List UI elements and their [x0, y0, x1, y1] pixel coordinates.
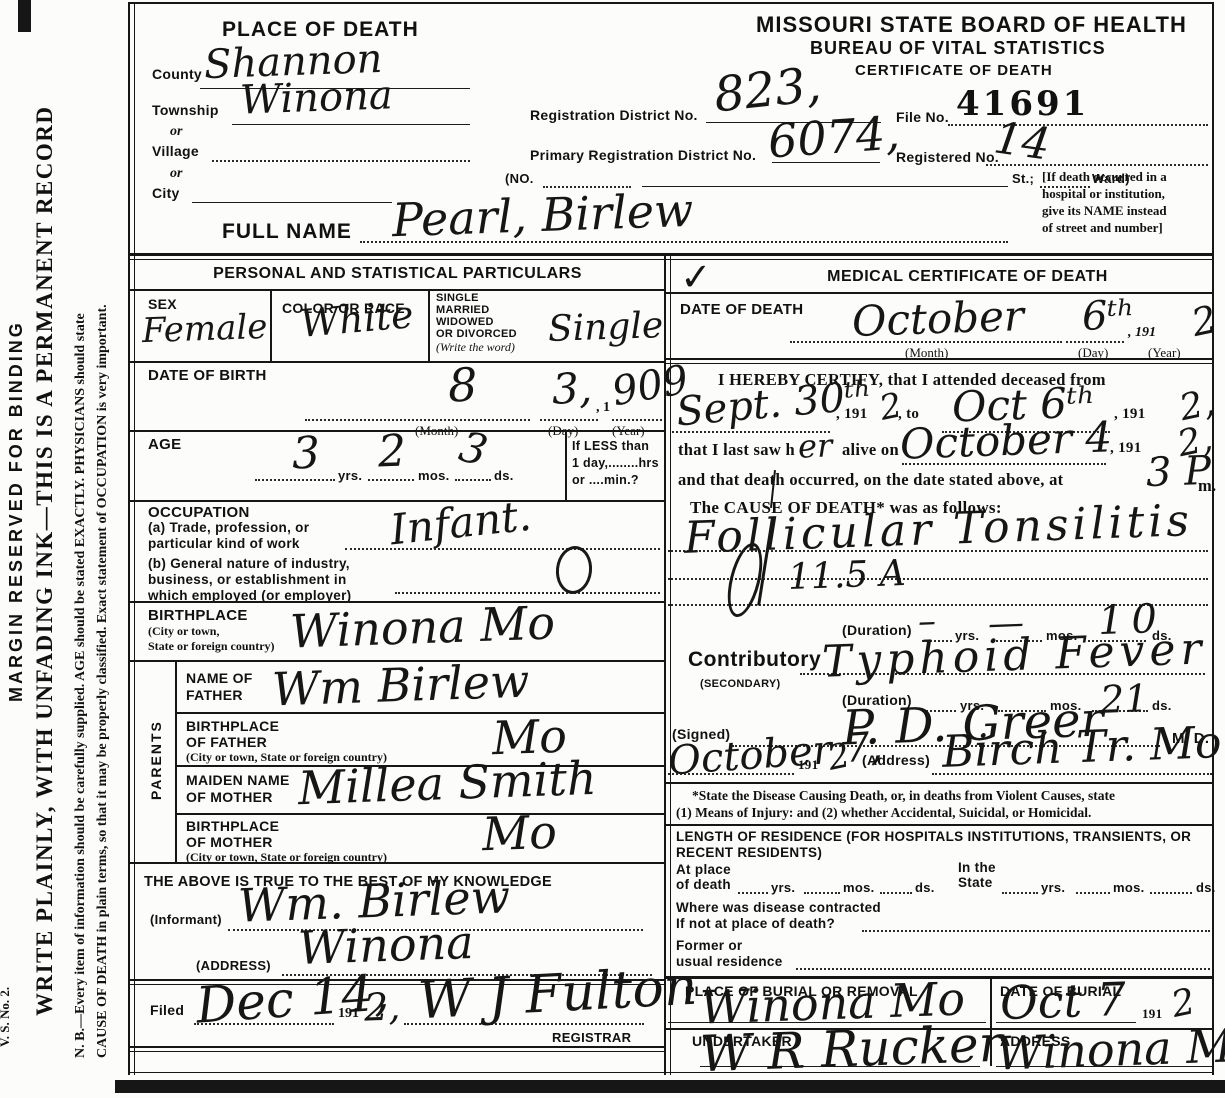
res-state-ds-caption: ds. — [1196, 880, 1216, 895]
township-value: Winona — [239, 75, 393, 120]
filed-year-prefix: 191 — [338, 1006, 359, 1022]
dob-year-prefix: , 1 — [596, 400, 610, 416]
form-number: V. S. No. 2. — [0, 987, 13, 1047]
death-time-m: m. — [1198, 476, 1216, 496]
age-row-rule — [128, 500, 665, 502]
or-label-2: or — [170, 166, 182, 182]
registration-district-label: Registration District No. — [530, 107, 698, 123]
burial-year-value: 2 — [1169, 984, 1199, 1024]
street-no-label: (NO. — [505, 171, 534, 186]
bureau-title: BUREAU OF VITAL STATISTICS — [810, 38, 1106, 59]
marital-label-line: SINGLE — [436, 292, 517, 304]
res-state-mos-caption: mos. — [1113, 880, 1145, 895]
margin-permanent-record-note: WRITE PLAINLY, WITH UNFADING INK—THIS IS… — [32, 106, 58, 1017]
parents-section-label: PARENTS — [148, 720, 164, 800]
township-label: Township — [152, 102, 219, 118]
mother-birthplace-label: BIRTHPLACE OF MOTHER — [186, 818, 279, 850]
hospital-note-line: of street and number] — [1042, 219, 1167, 236]
last-saw-pre: that I last saw h — [678, 440, 795, 460]
at-place-line: of death — [676, 877, 731, 892]
age-yrs-caption: yrs. — [338, 468, 362, 483]
age-ifless-divider — [565, 432, 567, 500]
sex-color-divider — [270, 289, 272, 361]
residence-title: LENGTH OF RESIDENCE (FOR HOSPITALS INSTI… — [676, 829, 1191, 861]
occupation-b-label: (b) General nature of industry, business… — [148, 556, 351, 604]
county-label: County — [152, 66, 202, 82]
if-less-line: 1 day,........hrs — [572, 455, 659, 472]
sign-address-label: (Address) — [862, 752, 930, 768]
in-state-label: In the State — [958, 860, 996, 890]
res-state-ds-line — [1150, 892, 1192, 894]
secondary-label: (SECONDARY) — [700, 678, 781, 690]
primary-registration-label: Primary Registration District No. — [530, 147, 756, 163]
undertaker-address-line — [996, 1066, 1212, 1067]
street-line — [642, 186, 1008, 187]
city-line — [192, 202, 392, 203]
in-state-line: In the — [958, 860, 996, 875]
mother-maiden-value: Millea Smith — [297, 755, 597, 811]
from-year-prefix: , 191 — [836, 406, 868, 423]
marital-label-line: WIDOWED — [436, 316, 517, 328]
last-saw-gender: er — [797, 429, 832, 462]
date-of-death-label: DATE OF DEATH — [680, 301, 803, 318]
marital-label-line: MARRIED — [436, 304, 517, 316]
dod-row-rule-inner — [666, 363, 1214, 364]
header-divider — [128, 253, 1214, 256]
father-name-label-line: FATHER — [186, 687, 253, 704]
date-of-birth-label: DATE OF BIRTH — [148, 367, 267, 384]
age-ds-caption: ds. — [494, 468, 514, 483]
file-no-label: File No. — [896, 109, 949, 125]
where-contracted-line: If not at place of death? — [676, 916, 881, 932]
occupation-b-line: business, or establishment in — [148, 572, 351, 588]
village-label: Village — [152, 143, 199, 159]
margin-nb-line1: N. B.—Every item of information should b… — [70, 304, 92, 1058]
filed-year-value: 2, — [363, 987, 401, 1026]
res-place-ds-line — [880, 892, 912, 894]
contributory-value: Typhoid Fever — [821, 627, 1207, 684]
primary-registration-value: 6074, — [767, 109, 902, 164]
birthplace-hint: (City or town, State or foreign country) — [148, 624, 275, 654]
mother-name-label-line: MAIDEN NAME — [186, 772, 290, 789]
sign-year-prefix: 191 — [798, 757, 818, 773]
former-residence-line: Former or — [676, 938, 783, 954]
where-contracted-line: Where was disease contracted — [676, 900, 881, 916]
occupation-a-line: (a) Trade, profession, or — [148, 520, 309, 536]
res-state-yrs-caption: yrs. — [1041, 880, 1065, 895]
full-name-value: Pearl, Birlew — [391, 187, 694, 243]
file-no-line — [948, 124, 1208, 126]
if-less-line: If LESS than — [572, 438, 659, 455]
color-marital-divider — [428, 289, 430, 361]
margin-binding-note: MARGIN RESERVED FOR BINDING — [6, 320, 27, 702]
to-year-prefix: , 191 — [1114, 406, 1146, 423]
footnote-line: (1) Means of Injury: and (2) whether Acc… — [676, 804, 1115, 821]
at-place-line: At place — [676, 862, 731, 877]
res-place-mos-line — [804, 892, 840, 894]
color-race-value: White — [299, 295, 415, 343]
father-birthplace-label: BIRTHPLACE OF FATHER — [186, 718, 279, 750]
mother-birthplace-value: Mo — [481, 809, 557, 858]
duration2-days-value: 21 — [1099, 679, 1149, 719]
city-label: City — [152, 185, 180, 201]
form-border-left — [128, 2, 130, 1075]
registered-no-label: Registered No. — [896, 149, 999, 165]
where-contracted-label: Where was disease contracted If not at p… — [676, 900, 881, 932]
father-row-rule — [175, 712, 665, 714]
dob-day-value: 3, — [551, 367, 593, 410]
attended-from-value: Sept. 30ᵗʰ — [675, 376, 874, 433]
marital-status-label: SINGLE MARRIED WIDOWED OR DIVORCED — [436, 292, 517, 340]
check-mark-annotation: ✓ — [679, 257, 712, 296]
sign-date-line — [668, 773, 794, 775]
birthplace-hint-line: State or foreign country) — [148, 639, 275, 654]
form-border-left-inner — [134, 2, 135, 1075]
registrar-label: REGISTRAR — [552, 1030, 631, 1045]
res-state-mos-line — [1076, 892, 1110, 894]
or-label-1: or — [170, 124, 182, 140]
form-border-right — [1212, 2, 1214, 1075]
undertaker-address-value: Winona Mo — [995, 1021, 1225, 1076]
hospital-note: [If death occurred in a hospital or inst… — [1042, 168, 1167, 236]
residence-title-line: RECENT RESIDENTS) — [676, 845, 1191, 861]
occupation-label: OCCUPATION — [148, 504, 250, 521]
if-less-line: or ....min.? — [572, 472, 659, 489]
sex-value: Female — [141, 310, 267, 348]
informant-label: (Informant) — [150, 912, 222, 927]
dod-row-rule — [666, 358, 1214, 360]
marital-hint: (Write the word) — [436, 340, 515, 355]
registrar-signature: W J Fulton — [417, 961, 699, 1028]
res-place-mos-caption: mos. — [843, 880, 875, 895]
residence-title-line: LENGTH OF RESIDENCE (FOR HOSPITALS INSTI… — [676, 829, 1191, 845]
dod-day-line — [1066, 341, 1124, 343]
res-place-yrs-caption: yrs. — [771, 880, 795, 895]
pen-circle-annotation — [554, 544, 595, 596]
hospital-note-line: [If death occurred in a — [1042, 168, 1167, 185]
mother-row-rule — [175, 813, 665, 815]
father-bp-label-line: OF FATHER — [186, 734, 279, 750]
father-name-label: NAME OF FATHER — [186, 670, 253, 704]
occupation-a-line: particular kind of work — [148, 536, 309, 552]
age-ds-line — [455, 479, 491, 481]
last-saw-date-value: October 4 — [899, 416, 1112, 465]
filed-bottom-rule — [128, 1046, 665, 1048]
certificate-title: CERTIFICATE OF DEATH — [855, 62, 1053, 79]
dod-month-value: October — [851, 295, 1024, 343]
duration2-ds-caption: ds. — [1152, 698, 1172, 713]
mother-bp-label-line: OF MOTHER — [186, 834, 279, 850]
personal-title-rule — [128, 289, 665, 291]
res-state-yrs-line — [1002, 892, 1038, 894]
father-bp-label-line: BIRTHPLACE — [186, 718, 279, 734]
dob-month-value: 8 — [447, 362, 478, 409]
death-occurred-text: and that death occurred, on the date sta… — [678, 470, 1063, 490]
personal-title: PERSONAL AND STATISTICAL PARTICULARS — [130, 265, 665, 283]
registered-no-value: 14 — [991, 116, 1053, 167]
medical-title: MEDICAL CERTIFICATE OF DEATH — [720, 268, 1215, 286]
sign-address-value: Birch Tr. Mo — [941, 721, 1222, 775]
dob-month-line — [305, 419, 530, 421]
burial-year-prefix: 191 — [1142, 1006, 1162, 1022]
informant-address-label: (ADDRESS) — [196, 958, 271, 973]
age-mos-line — [368, 479, 414, 481]
village-line — [212, 160, 470, 162]
at-place-label: At place of death — [676, 862, 731, 892]
parents-box-border — [175, 661, 177, 862]
board-title: MISSOURI STATE BOARD OF HEALTH — [756, 12, 1187, 38]
age-days-value: 3 — [455, 425, 491, 472]
full-name-label: FULL NAME — [222, 220, 352, 244]
hospital-note-line: hospital or institution, — [1042, 185, 1167, 202]
dod-year-value: 2 — [1188, 300, 1220, 342]
margin-nb-line2: CAUSE OF DEATH in plain terms, so that i… — [92, 304, 114, 1058]
signed-bottom-rule — [666, 782, 1214, 784]
form-border-top — [128, 2, 1214, 4]
age-label: AGE — [148, 436, 181, 453]
filed-bottom-rule-inner — [128, 1051, 665, 1052]
scan-bottom-bar — [115, 1080, 1225, 1093]
margin-nb-note: N. B.—Every item of information should b… — [70, 304, 114, 1058]
scan-artifact-bar — [18, 0, 31, 32]
cause-footnote: *State the Disease Causing Death, or, in… — [676, 787, 1115, 821]
registration-district-value: 823, — [712, 61, 823, 120]
marital-label-line: OR DIVORCED — [436, 328, 517, 340]
if-less-note: If LESS than 1 day,........hrs or ....mi… — [572, 438, 659, 489]
footnote-line: *State the Disease Causing Death, or, in… — [676, 787, 1115, 804]
dob-year-line — [612, 419, 662, 421]
occupation-a-value: Infant. — [388, 495, 533, 552]
st-label: St.; — [1012, 171, 1034, 186]
res-place-ds-caption: ds. — [915, 880, 935, 895]
cause-code-annotation: 11.5 A — [787, 556, 906, 596]
last-saw-mid: alive on — [842, 440, 899, 460]
parents-bottom-rule — [128, 862, 665, 864]
mother-maiden-label: MAIDEN NAME OF MOTHER — [186, 772, 290, 806]
burial-date-value: Oct 7 — [999, 976, 1126, 1026]
footnote-bottom-rule — [666, 824, 1214, 826]
dod-year-prefix: , 191 — [1128, 325, 1156, 341]
dob-day-line — [540, 419, 598, 421]
contributory-label: Contributory — [688, 648, 821, 672]
occupation-a-label: (a) Trade, profession, or particular kin… — [148, 520, 309, 552]
former-residence-rule — [796, 968, 1210, 970]
age-years-value: 3 — [291, 432, 321, 477]
header-divider-inner — [128, 259, 1214, 260]
occupation-b-line: (b) General nature of industry, — [148, 556, 351, 572]
filed-date-value: Dec 14, — [194, 967, 390, 1030]
age-mos-caption: mos. — [418, 468, 450, 483]
undertaker-value: W R Rucker — [699, 1019, 1003, 1080]
where-contracted-rule — [862, 930, 1210, 932]
death-certificate-document: MARGIN RESERVED FOR BINDING WRITE PLAINL… — [0, 0, 1225, 1098]
father-name-label-line: NAME OF — [186, 670, 253, 687]
mother-bp-label-line: BIRTHPLACE — [186, 818, 279, 834]
hospital-note-line: give its NAME instead — [1042, 202, 1167, 219]
marital-value: Single — [547, 308, 663, 348]
res-place-yrs-line — [738, 892, 768, 894]
birthplace-hint-line: (City or town, — [148, 624, 275, 639]
township-line — [232, 124, 470, 125]
age-months-value: 2 — [377, 430, 407, 475]
birthplace-value: Winona Mo — [289, 599, 555, 654]
occupation-b-line-rule — [395, 592, 660, 594]
in-state-line: State — [958, 875, 996, 890]
filed-label: Filed — [150, 1002, 184, 1018]
father-name-value: Wm Birlew — [271, 658, 530, 713]
birthplace-label: BIRTHPLACE — [148, 607, 248, 624]
last-saw-year-prefix: , 191 — [1110, 440, 1142, 457]
mother-name-label-line: OF MOTHER — [186, 789, 290, 806]
